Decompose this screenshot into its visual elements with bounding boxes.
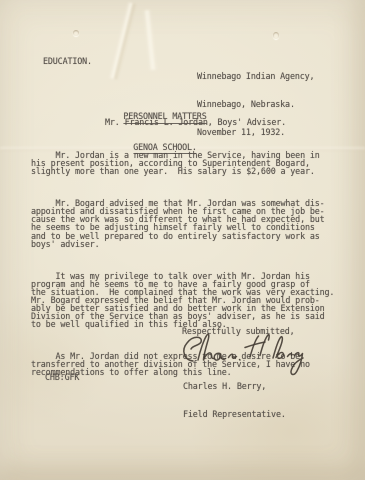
signer-name: Charles H. Berry, [183,382,286,391]
paragraph-2: Mr. Bogard advised me that Mr. Jordan wa… [31,199,334,247]
reference-initials: CHB:GFK [45,372,79,382]
staple-hole [273,32,279,39]
signer-block: Charles H. Berry, Field Representative. [183,363,286,438]
paragraph-1: Mr. Jordan is a new man in the Service, … [31,151,334,175]
agency-name: Winnebago Indian Agency, [197,72,314,81]
paper-crease [109,2,138,80]
regarding-line: Mr. Francis L. Jordan, Boys' Adviser. [105,117,286,127]
signer-title: Field Representative. [183,410,286,419]
classification-label: EDUCATION. [43,56,92,66]
agency-location: Winnebago, Nebraska. [197,100,314,109]
document-page: EDUCATION. Winnebago Indian Agency, Winn… [0,0,365,480]
paper-crease [143,10,157,71]
staple-hole [73,30,79,36]
paragraph-3: It was my privilege to talk over with Mr… [31,272,334,328]
